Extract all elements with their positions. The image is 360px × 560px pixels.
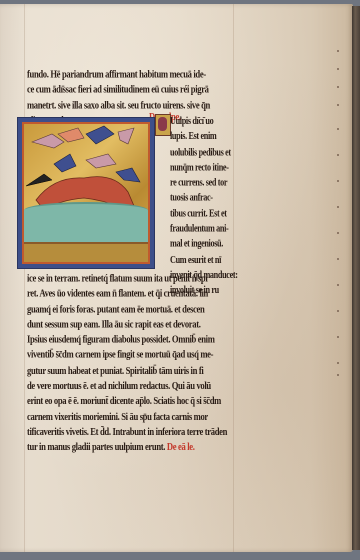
text-line: dunt sessum sup eam. Illa āu sic rapit …	[27, 316, 227, 331]
text-line: carnem vixeritis moriemini. Si āu sp̄u …	[27, 408, 227, 423]
text-line: ce cum ādı̄ssac fieri ad similitudinem …	[27, 81, 210, 96]
text-block-bottom: ice se in terram. retinetq́ flatum suum …	[27, 270, 227, 454]
text-line: fundo. Hē pariandrum affirmant habitum m…	[27, 66, 210, 81]
text-line: tur in manus gladii partes uulpium erunt…	[27, 440, 165, 453]
text-line: uolubilis pedibus et	[170, 145, 238, 160]
text-line: guamq́ ei foris foras. putant eam ēe mo…	[27, 301, 227, 316]
text-line: tificaveritis vivetis. Et d̄d. Intrabunt…	[27, 424, 227, 439]
text-line: de vere mortuus ē. et ad nichilum redac…	[27, 378, 227, 393]
illuminated-miniature	[17, 117, 155, 269]
pricking-mark	[337, 180, 339, 182]
pricking-mark	[337, 258, 339, 260]
text-line: viventib̄ s̄c̄dm carnem ipse fingit se m…	[27, 347, 227, 362]
pricking-mark	[337, 336, 339, 338]
pricking-mark	[337, 154, 339, 156]
text-line: tuosis anfrac-	[170, 191, 238, 206]
manuscript-page: fundo. Hē pariandrum affirmant habitum m…	[0, 4, 353, 552]
ground-band	[24, 242, 148, 262]
text-line: ret. Aves ūo videntes eam n̄ flantem. e…	[27, 285, 227, 300]
pricking-mark	[337, 232, 339, 234]
pricking-mark	[337, 128, 339, 130]
closing-rubric: De eā le.	[167, 440, 195, 453]
pricking-mark	[337, 86, 339, 88]
text-line: Ipsius eiusdemq́ figuram diabolus possid…	[27, 331, 227, 346]
pricking-mark	[337, 310, 339, 312]
pricking-mark	[337, 374, 339, 376]
text-line: mal et ingeniosū.	[170, 237, 238, 252]
text-line: fraudulentum ani-	[170, 222, 238, 237]
ruling-line-left	[24, 4, 25, 552]
text-line: ice se in terram. retinetq́ flatum suum …	[27, 270, 227, 285]
text-line: Cum esurit et nī	[170, 252, 238, 267]
text-line: lupis. Est enim	[170, 129, 238, 144]
gold-ground	[24, 124, 148, 262]
text-line: gutur suum habeat et puniat. Spiritalib̄…	[27, 362, 227, 377]
pricking-mark	[337, 362, 339, 364]
pricking-mark	[337, 68, 339, 70]
pricking-mark	[337, 206, 339, 208]
book-edge	[352, 6, 360, 550]
water-waves	[24, 202, 148, 244]
text-line: erint eo opa ē ē. moriunt̄ dicente ap̄…	[27, 393, 227, 408]
text-line: Uulpis dı̄cı̄ uo	[170, 114, 238, 129]
pricking-mark	[337, 50, 339, 52]
text-line: nunq̄m recto itine-	[170, 160, 238, 175]
text-line: tibus currit. Est et	[170, 206, 238, 221]
text-line: manetrt. sive illa saxo alba sit. seu fr…	[27, 97, 210, 112]
pricking-mark	[337, 284, 339, 286]
pricking-mark	[337, 104, 339, 106]
decorated-initial-v	[155, 114, 171, 136]
text-line: re currens. sed tor	[170, 175, 238, 190]
